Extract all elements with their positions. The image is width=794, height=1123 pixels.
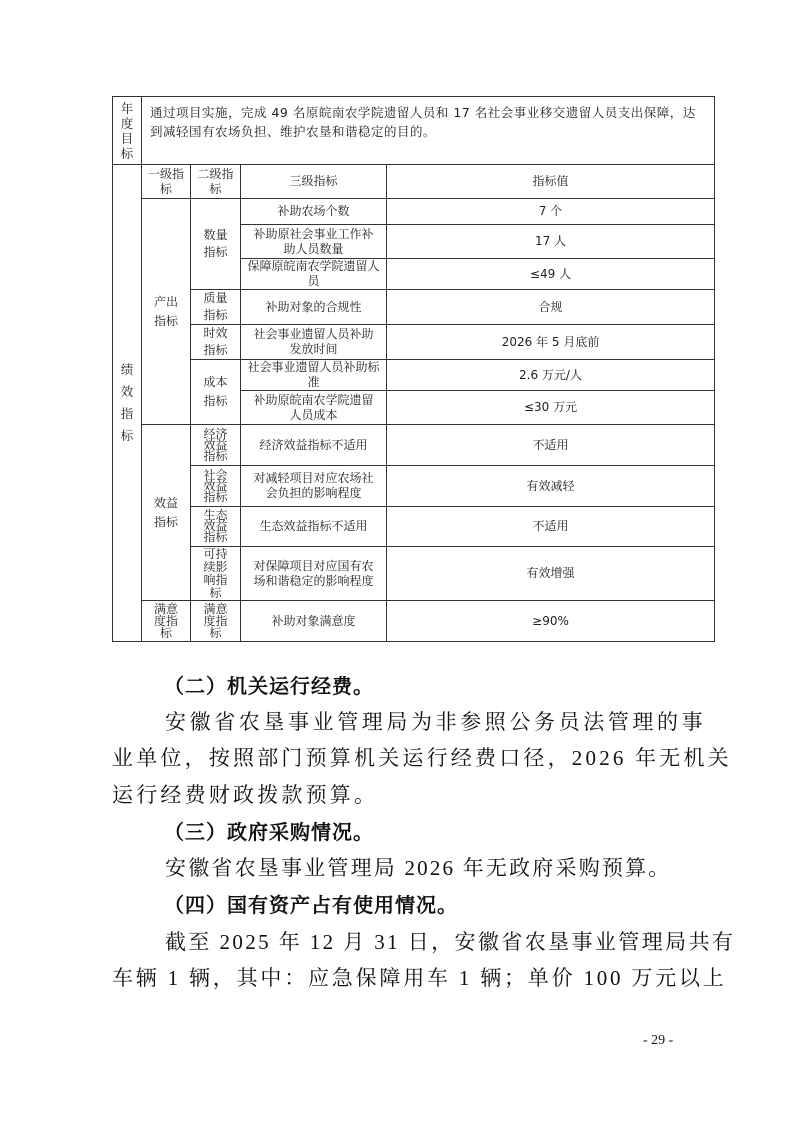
header-level1: 一级指标 xyxy=(142,165,191,199)
level3-cell: 补助农场个数 xyxy=(241,199,387,225)
performance-table: 年度目标 通过项目实施，完成 49 名原皖南农学院遗留人员和 17 名社会事业移… xyxy=(112,96,715,642)
level2-sustainable: 可持续影响指标 xyxy=(191,547,241,601)
section-heading-2: （二）机关运行经费。 xyxy=(164,668,374,705)
value-cell: 有效增强 xyxy=(387,547,715,601)
paragraph-line: 运行经费财政拨款预算。 xyxy=(112,777,378,814)
level3-cell: 保障原皖南农学院遗留人员 xyxy=(241,259,387,290)
value-cell: 有效减轻 xyxy=(387,466,715,507)
level3-cell: 对减轻项目对应农场社会负担的影响程度 xyxy=(241,466,387,507)
paragraph-line: 安徽省农垦事业管理局为非参照公务员法管理的事 xyxy=(165,704,706,741)
header-level2: 二级指标 xyxy=(191,165,241,199)
paragraph-line: 业单位，按照部门预算机关运行经费口径，2026 年无机关 xyxy=(112,740,732,777)
level3-cell: 生态效益指标不适用 xyxy=(241,507,387,547)
header-row: 绩效指标 一级指标 二级指标 三级指标 指标值 xyxy=(113,165,715,199)
level2-quality: 质量指标 xyxy=(191,290,241,325)
level3-cell: 补助原社会事业工作补助人员数量 xyxy=(241,225,387,259)
table-row: 质量指标 补助对象的合规性 合规 xyxy=(113,290,715,325)
annual-goal-text: 通过项目实施，完成 49 名原皖南农学院遗留人员和 17 名社会事业移交遗留人员… xyxy=(142,97,715,165)
level1-output: 产出指标 xyxy=(142,199,191,425)
level3-cell: 社会事业遗留人员补助标准 xyxy=(241,360,387,391)
level3-cell: 补助对象满意度 xyxy=(241,601,387,642)
header-value: 指标值 xyxy=(387,165,715,199)
table-row: 生态效益指标 生态效益指标不适用 不适用 xyxy=(113,507,715,547)
level2-ecological: 生态效益指标 xyxy=(191,507,241,547)
perf-label: 绩效指标 xyxy=(113,165,142,642)
value-cell: 2026 年 5 月底前 xyxy=(387,325,715,360)
level2-social: 社会效益指标 xyxy=(191,466,241,507)
table-row: 效益指标 经济效益指标 经济效益指标不适用 不适用 xyxy=(113,425,715,466)
paragraph-line: 截至 2025 年 12 月 31 日，安徽省农垦事业管理局共有 xyxy=(165,924,735,961)
level2-satisfaction: 满意度指标 xyxy=(191,601,241,642)
paragraph-line: 安徽省农垦事业管理局 2026 年无政府采购预算。 xyxy=(165,850,672,887)
page-number: - 29 - xyxy=(643,1033,673,1049)
level2-economic: 经济效益指标 xyxy=(191,425,241,466)
paragraph-line: 车辆 1 辆，其中：应急保障用车 1 辆；单价 100 万元以上 xyxy=(112,960,727,997)
table-row: 产出指标 数量指标 补助农场个数 7 个 xyxy=(113,199,715,225)
value-cell: 17 人 xyxy=(387,225,715,259)
section-heading-3: （三）政府采购情况。 xyxy=(164,814,374,851)
value-cell: ≥90% xyxy=(387,601,715,642)
level3-cell: 社会事业遗留人员补助发放时间 xyxy=(241,325,387,360)
level2-timeliness: 时效指标 xyxy=(191,325,241,360)
level2-quantity: 数量指标 xyxy=(191,199,241,290)
value-cell: 7 个 xyxy=(387,199,715,225)
level3-cell: 经济效益指标不适用 xyxy=(241,425,387,466)
value-cell: ≤49 人 xyxy=(387,259,715,290)
value-cell: 不适用 xyxy=(387,507,715,547)
document-page: 年度目标 通过项目实施，完成 49 名原皖南农学院遗留人员和 17 名社会事业移… xyxy=(0,0,794,1123)
annual-goal-label: 年度目标 xyxy=(113,97,142,165)
header-level3: 三级指标 xyxy=(241,165,387,199)
level1-benefit: 效益指标 xyxy=(142,425,191,601)
table-row: 成本指标 社会事业遗留人员补助标准 2.6 万元/人 xyxy=(113,360,715,391)
value-cell: 不适用 xyxy=(387,425,715,466)
annual-goal-row: 年度目标 通过项目实施，完成 49 名原皖南农学院遗留人员和 17 名社会事业移… xyxy=(113,97,715,165)
level1-satisfaction: 满意度指标 xyxy=(142,601,191,642)
table-row: 可持续影响指标 对保障项目对应国有农场和谐稳定的影响程度 有效增强 xyxy=(113,547,715,601)
level3-cell: 补助对象的合规性 xyxy=(241,290,387,325)
level3-cell: 对保障项目对应国有农场和谐稳定的影响程度 xyxy=(241,547,387,601)
level2-cost: 成本指标 xyxy=(191,360,241,425)
value-cell: ≤30 万元 xyxy=(387,391,715,425)
section-heading-4: （四）国有资产占有使用情况。 xyxy=(164,887,458,924)
table-row: 时效指标 社会事业遗留人员补助发放时间 2026 年 5 月底前 xyxy=(113,325,715,360)
table-row: 社会效益指标 对减轻项目对应农场社会负担的影响程度 有效减轻 xyxy=(113,466,715,507)
value-cell: 合规 xyxy=(387,290,715,325)
table-row: 满意度指标 满意度指标 补助对象满意度 ≥90% xyxy=(113,601,715,642)
value-cell: 2.6 万元/人 xyxy=(387,360,715,391)
level3-cell: 补助原皖南农学院遗留人员成本 xyxy=(241,391,387,425)
